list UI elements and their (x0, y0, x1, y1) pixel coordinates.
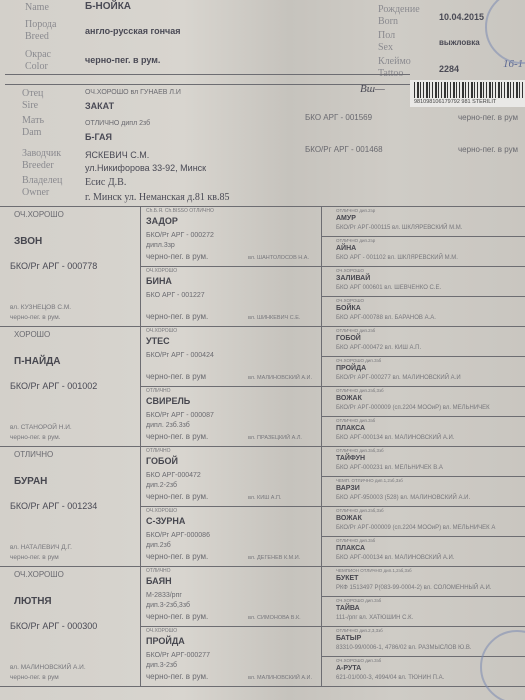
gen3-name: БАТЫР (336, 635, 361, 642)
gen3-reg-owner: 83310-99/0006-1, 4786/02 вл. РАЗМЫСЛОВ Ю… (336, 645, 472, 651)
divider (5, 74, 410, 75)
gen2-name: ПРОЙДА (146, 636, 185, 646)
gen3-reg-owner: БКО/Рг АРГ-000009 (сп.2204 МООиР) вл. МЕ… (336, 525, 495, 531)
gen3-name: БОЙКА (336, 305, 361, 312)
gen2-color: черно-пег. в рум. (146, 432, 208, 441)
signature: Вш— (360, 83, 385, 95)
gen1-color: черно-пег. в рум (10, 554, 59, 561)
gen2-grade: Ch.Б.Я. Ch.BISSO ОТЛИЧНО (146, 208, 214, 214)
gen1-reg: БКО/Рг АРГ - 001002 (10, 381, 97, 391)
name-label: Name (25, 2, 49, 13)
divider (0, 686, 525, 687)
gen2-grade: ОТЛИЧНО (146, 448, 171, 454)
gen3-reg-owner: БКО/Рг АРГ-000277 вл. МАЛИНОВСКИЙ А.И (336, 375, 461, 381)
gen2-reg: БКО/Рг АРГ - 000424 (146, 352, 214, 359)
gen2-grade: ОЧ.ХОРОШО (146, 268, 177, 274)
gen2-diploma: дипл. 2зб.3зб (146, 422, 190, 429)
tattoo-value: 2284 (439, 64, 459, 74)
divider (321, 356, 525, 357)
gen2-owner: вл. ДЕГЕНЕВ К.М.И. (248, 555, 300, 561)
gen2-color: черно-пег. в рум. (146, 612, 208, 621)
gen2-color: черно-пег. в рум. (146, 252, 208, 261)
gen1-name: ЛЮТНЯ (14, 596, 52, 607)
gen3-grade: ОТЛИЧНО дип.2зр (336, 238, 375, 243)
divider (321, 626, 525, 627)
owner-label-en: Owner (22, 187, 49, 198)
gen1-name: ЗВОН (14, 236, 42, 247)
divider (321, 296, 525, 297)
gen2-grade: ОТЛИЧНО (146, 568, 171, 574)
divider (0, 446, 140, 447)
sex-label-ru: Пол (378, 30, 395, 41)
gen1-name: БУРАН (14, 476, 47, 487)
gen3-grade: ОТЛИЧНО дип.2зб (336, 328, 375, 333)
divider (321, 596, 525, 597)
gen1-reg: БКО/Рг АРГ - 001234 (10, 501, 97, 511)
gen3-reg-owner: БКО/Рг АРГ-000115 вл. ШКЛЯРЕВСКИЙ М.М. (336, 225, 462, 231)
gen2-reg: БКО/Рг АРГ-000086 (146, 532, 210, 539)
divider (140, 626, 321, 627)
gen2-name: СВИРЕЛЬ (146, 396, 190, 406)
gen1-color: черно-пег. в рум (10, 674, 59, 681)
gen2-owner: вл. СИМОНОВА В.К. (248, 615, 301, 621)
born-label-en: Born (378, 16, 398, 27)
gen3-name: ВОЖАК (336, 395, 362, 402)
dam-name: Б-ГАЯ (85, 132, 112, 142)
pedigree-document: Name Б-НОЙКА Порода Breed англо-русская … (0, 0, 525, 700)
gen2-grade: ОЧ.ХОРОШО (146, 628, 177, 634)
gen3-name: ПЛАКСА (336, 425, 365, 432)
divider (0, 206, 525, 207)
divider (5, 84, 410, 85)
barcode-text: 981098106179792 981 STERILIT (414, 99, 496, 105)
gen2-reg: М-2833/рпг (146, 592, 182, 599)
gen2-diploma: дип.3-2зб,3зб (146, 602, 190, 609)
gen2-grade: ОЧ.ХОРОШО (146, 508, 177, 514)
gen3-grade: ОТЛИЧНО дип.3зб,3зб (336, 448, 384, 453)
gen1-color: черно-пег. в рум. (10, 434, 61, 441)
owner-name: Есис Д.В. (85, 177, 126, 188)
divider (321, 236, 525, 237)
gen2-reg: БКО/Рг АРГ - 000087 (146, 412, 214, 419)
divider (321, 326, 525, 327)
gen3-reg-owner: БКО АРГ-000134 вл. МАЛИНОВСКИЙ А.И. (336, 555, 454, 561)
gen1-grade: ОЧ.ХОРОШО (14, 210, 64, 219)
gen2-name: БАЯН (146, 576, 172, 586)
dam-label-ru: Мать (22, 115, 44, 126)
gen2-owner: вл. МАЛИНОВСКИЙ А.И. (248, 375, 312, 381)
gen3-name: АЙНА (336, 245, 356, 252)
breed-label-ru: Порода (25, 19, 56, 30)
gen2-name: ЗАДОР (146, 216, 178, 226)
owner-address: г. Минск ул. Неманская д.81 кв.85 (85, 192, 229, 203)
gen2-diploma: дип.3-2зб (146, 662, 177, 669)
divider (321, 566, 525, 567)
gen3-grade: ОЧ.ХОРОШО (336, 268, 364, 273)
divider (140, 446, 321, 447)
gen3-reg-owner: БКО АРГ-000472 вл. КИШ А.П. (336, 345, 421, 351)
gen2-diploma: дип.2зб (146, 542, 171, 549)
gen3-name: ЗАЛИВАЙ (336, 275, 370, 282)
gen3-grade: ОТЛИЧНО дип.2зб,3зб (336, 508, 384, 513)
gen2-diploma: дипл.3зр (146, 242, 175, 249)
breed-value: англо-русская гончая (85, 26, 181, 36)
gen2-diploma: дип.2-2зб (146, 482, 177, 489)
gen3-name: ПРОЙДА (336, 365, 366, 372)
sex-label-en: Sex (378, 42, 393, 53)
sire-label-ru: Отец (22, 88, 43, 99)
gen2-color: черно-пег. в рум. (146, 672, 208, 681)
gen1-color: черно-пег. в рум. (10, 314, 61, 321)
dam-color: черно-пег. в рум (458, 145, 518, 154)
sire-label-en: Sire (22, 100, 38, 111)
gen1-reg: БКО/Рг АРГ - 000300 (10, 621, 97, 631)
gen2-color: черно-пег. в рум. (146, 492, 208, 501)
tattoo-label-ru: Клеймо (378, 56, 411, 67)
gen2-color: черно-пег. в рум. (146, 312, 208, 321)
gen3-reg-owner: БКО АРГ-000134 вл. МАЛИНОВСКИЙ А.И. (336, 435, 454, 441)
gen3-reg-owner: БКО АРГ-000788 вл. БАРАНОВ А.А. (336, 315, 436, 321)
sex-value: выжловка (439, 38, 480, 47)
gen3-grade: ОТЛИЧНО дип.3зб (336, 538, 375, 543)
gen2-name: ГОБОЙ (146, 456, 178, 466)
gen3-reg-owner: РКФ 1513497 Р(083-99-0004-2) вл. СОЛОМЕН… (336, 585, 491, 591)
gen3-reg-owner: 621-01/000-3, 4994/04 вл. ТЮНИН П.А. (336, 675, 444, 681)
gen3-grade: ОТЛИЧНО дип.2зр (336, 208, 375, 213)
divider (321, 506, 525, 507)
born-label-ru: Рождение (378, 4, 420, 15)
dam-label-en: Dam (22, 127, 41, 138)
gen3-name: ПЛАКСА (336, 545, 365, 552)
barcode-icon (414, 82, 525, 98)
divider (321, 476, 525, 477)
breed-label-en: Breed (25, 31, 49, 42)
divider (321, 386, 525, 387)
gen2-reg: БКО/Рг АРГ - 000272 (146, 232, 214, 239)
gen3-grade: ОТЛИЧНО дип.2,3,3зб (336, 628, 383, 633)
gen2-name: БИНА (146, 276, 172, 286)
divider (140, 326, 321, 327)
divider (140, 386, 321, 387)
gen2-owner: вл. КИШ А.П. (248, 495, 281, 501)
dog-name: Б-НОЙКА (85, 1, 131, 12)
gen3-name: А-РУТА (336, 665, 361, 672)
gen2-grade: ОТЛИЧНО (146, 388, 171, 394)
gen1-grade: ОТЛИЧНО (14, 450, 53, 459)
gen2-owner: вл. МАЛИНОВСКИЙ А.И. (248, 675, 312, 681)
breeder-address: ул.Никифорова 33-92, Минск (85, 163, 206, 173)
gen3-grade: ЧЕМПИОН ОТЛИЧНО дип.1,2зб,3зб (336, 568, 412, 573)
breeder-label-en: Breeder (22, 160, 54, 171)
barcode-sticker: 981098106179792 981 STERILIT (410, 80, 525, 107)
gen1-owner: вл. МАЛИНОВСКИЙ А.И. (10, 664, 86, 671)
gen3-name: ТАЙФУН (336, 455, 365, 462)
gen2-owner: вл. ШИНКЕВИЧ С.Е. (248, 315, 300, 321)
gen3-reg-owner: БКО АРГ - 001102 вл. ШКЛЯРЕВСКИЙ М.М. (336, 255, 458, 261)
gen3-name: ТАЙВА (336, 605, 360, 612)
divider (0, 326, 140, 327)
gen1-owner: вл. КУЗНЕЦОВ С.М. (10, 304, 71, 311)
gen2-owner: вл. ПРАЗЕЦКИЙ А.Л. (248, 435, 302, 441)
divider (0, 566, 140, 567)
sire-reg: БКО АРГ - 001569 (305, 113, 372, 122)
gen3-reg-owner: БКО АРГ 000601 вл. ШЕВЧЕНКО С.Е. (336, 285, 441, 291)
gen3-name: АМУР (336, 215, 356, 222)
divider (140, 506, 321, 507)
gen1-owner: вл. СТАНОРОЙ Н.И. (10, 424, 72, 431)
breeder-label-ru: Заводчик (22, 148, 61, 159)
gen3-name: БУКЕТ (336, 575, 358, 582)
gen3-reg-owner: 111-/рпг вл. ХАТЮШИН С.К. (336, 615, 413, 621)
gen3-reg-owner: БКО АРГ-950003 (528) вл. МАЛИНОВСКИЙ А.И… (336, 495, 470, 501)
gen1-grade: ХОРОШО (14, 330, 50, 339)
gen3-grade: ОЧ.ХОРОШО дип.3зб (336, 658, 381, 663)
sire-color: черно-пег. в рум (458, 113, 518, 122)
color-label-en: Color (25, 61, 48, 72)
gen3-reg-owner: БКО АРГ-000231 вл. МЕЛЬНИЧЕК В.А (336, 465, 443, 471)
stamp-bottom-icon (480, 630, 525, 700)
gen3-reg-owner: БКО/Рг АРГ-000009 (сп.2204 МООиР) вл. МЕ… (336, 405, 490, 411)
gen3-grade: ОЧ.ХОРОШО дип.3зб (336, 358, 381, 363)
gen2-reg: БКО АРГ - 001227 (146, 292, 205, 299)
owner-label-ru: Владелец (22, 175, 62, 186)
gen3-name: ВАРЗИ (336, 485, 360, 492)
gen3-grade: ОЧ.ХОРОШО (336, 298, 364, 303)
gen1-reg: БКО/Рг АРГ - 000778 (10, 261, 97, 271)
sire-name: ЗАКАТ (85, 101, 114, 111)
gen1-owner: вл. НАТАЛЕВИЧ Д.Г. (10, 544, 72, 551)
gen2-color: черно-пег. в рум (146, 372, 206, 381)
divider (140, 266, 321, 267)
gen2-color: черно-пег. в рум. (146, 552, 208, 561)
dam-reg: БКО/Рг АРГ - 001468 (305, 145, 383, 154)
color-label-ru: Окрас (25, 49, 51, 60)
gen2-grade: ОЧ.ХОРОШО (146, 328, 177, 334)
born-value: 10.04.2015 (439, 12, 484, 22)
breeder-name: ЯСКЕВИЧ С.М. (85, 150, 149, 160)
gen3-name: ВОЖАК (336, 515, 362, 522)
gen3-grade: ОТЛИЧНО дип.2зб,3зб (336, 388, 384, 393)
gen3-grade: ОЧ.ХОРОШО дип.3зб (336, 598, 381, 603)
divider (321, 266, 525, 267)
dam-grade: ОТЛИЧНО дипл 2зб (85, 120, 150, 127)
sire-grade: ОЧ.ХОРОШО вл ГУНАЕВ Л.И (85, 89, 181, 96)
gen2-reg: БКО/Рг АРГ-000277 (146, 652, 210, 659)
gen2-name: УТЕС (146, 336, 170, 346)
divider (321, 446, 525, 447)
gen2-name: С-ЗУРНА (146, 516, 185, 526)
stamp-top-icon (485, 0, 525, 64)
gen2-reg: БКО АРГ-000472 (146, 472, 201, 479)
gen3-grade: ЧЕМП. ОТЛИЧНО дип.1,2зб,3зб (336, 478, 403, 483)
divider (321, 536, 525, 537)
gen3-name: ГОБОЙ (336, 335, 361, 342)
divider (321, 416, 525, 417)
gen3-grade: ОТЛИЧНО дип.3зб (336, 418, 375, 423)
gen1-name: П-НАЙДА (14, 356, 61, 367)
divider (140, 566, 321, 567)
color-value: черно-пег. в рум. (85, 55, 160, 65)
gen2-owner: вл. ШАНТОЛОСОВ Н.А. (248, 255, 309, 261)
gen1-grade: ОЧ.ХОРОШО (14, 570, 64, 579)
